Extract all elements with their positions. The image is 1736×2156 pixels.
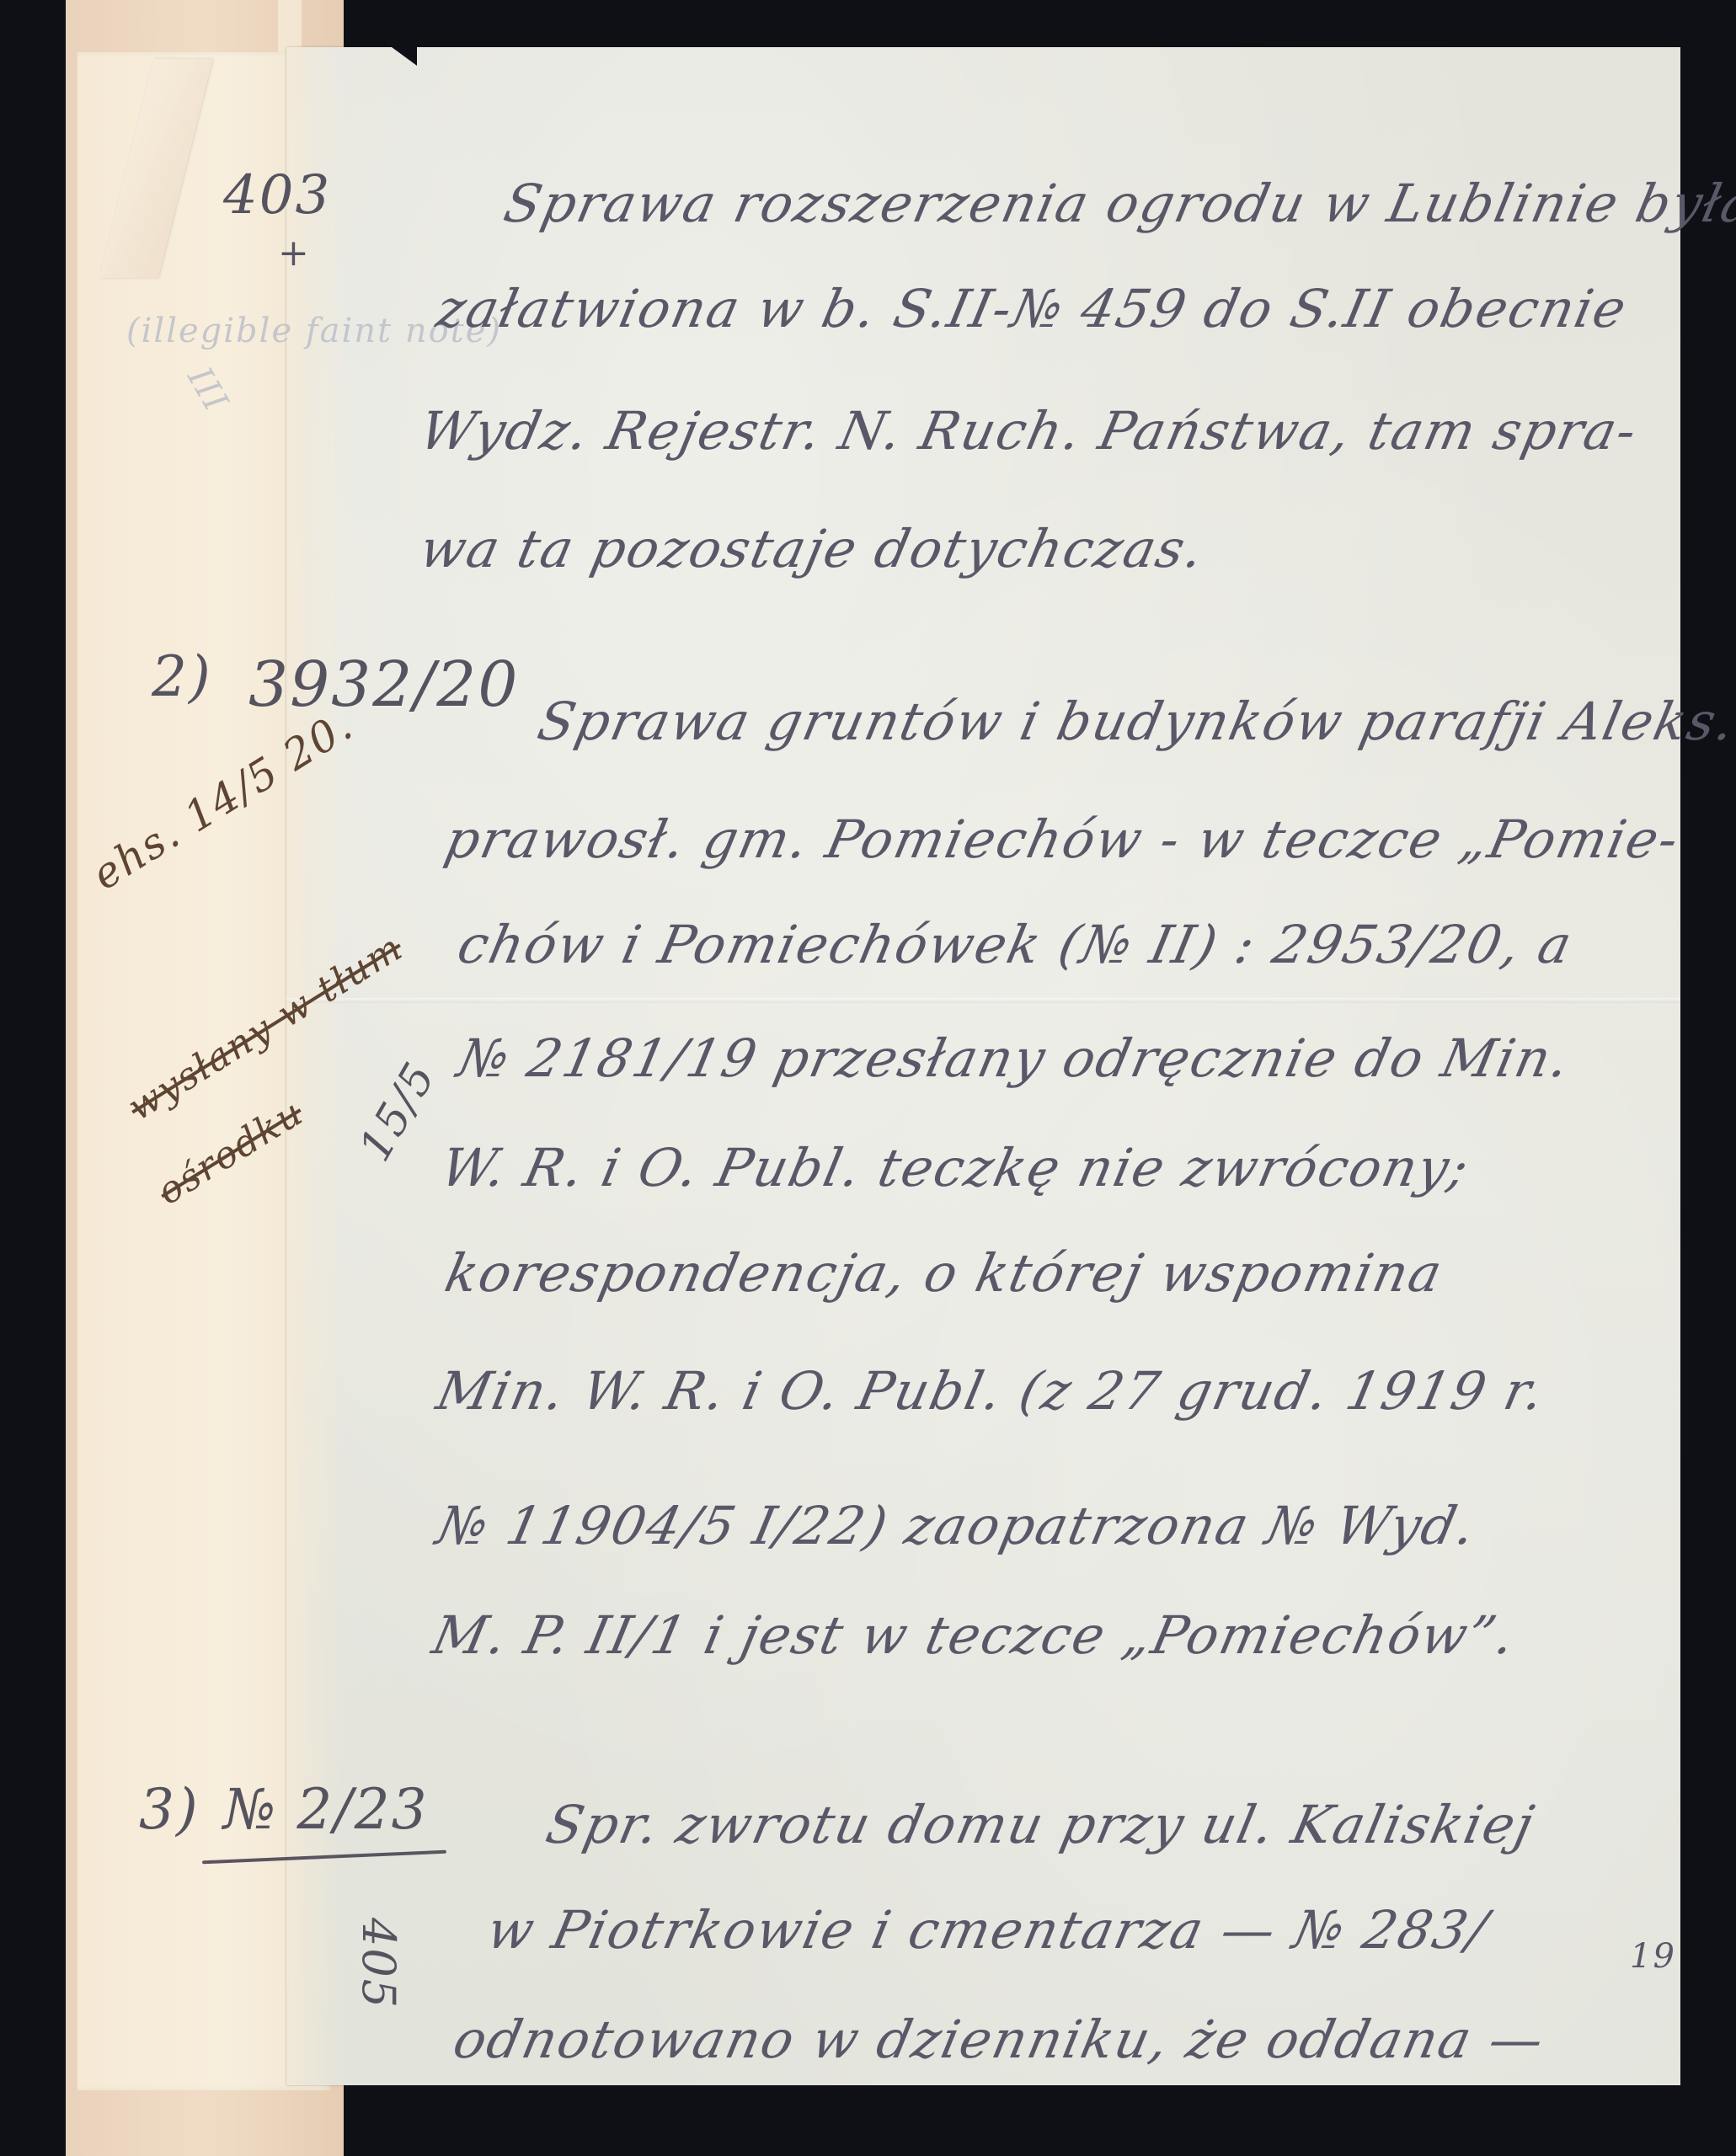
text-line: № 2181/19 przesłany odręcznie do Min.: [452, 1027, 1576, 1089]
item-3-ref: № 2/23: [223, 1777, 429, 1842]
text-line: № 11904/5 I/22) zaopatrzona № Wyd.: [431, 1495, 1482, 1556]
text-line: korespondencja, o której wspomina: [440, 1242, 1449, 1304]
folio-mark: +: [278, 232, 311, 275]
item-2-ref: 3932/20: [248, 648, 519, 721]
text-line: Spr. zwrotu domu przy ul. Kaliskiej: [541, 1794, 1541, 1855]
text-line: wa ta pozostaje dotychczas.: [414, 518, 1210, 579]
folio-number: 403: [223, 164, 331, 227]
text-line: chów i Pomiechówek (№ II) : 2953/20, a: [452, 914, 1578, 975]
item-3-label: 3): [139, 1777, 200, 1842]
text-line: Min. W. R. i O. Publ. (z 27 grud. 1919 r…: [431, 1360, 1551, 1422]
bracket-number: 405: [352, 1918, 405, 2009]
text-line: Sprawa gruntów i budynków parafji Aleks.: [532, 691, 1736, 752]
text-line: prawosł. gm. Pomiechów - w teczce „Pomie…: [440, 808, 1685, 870]
text-line: załatwiona w b. S.II-№ 459 do S.II obecn…: [431, 278, 1632, 339]
text-line: Wydz. Rejestr. N. Ruch. Państwa, tam spr…: [414, 400, 1643, 462]
text-line: w Piotrkowie i cmentarza — № 283/: [482, 1899, 1494, 1961]
text-line: odnotowano w dzienniku, że oddana —: [448, 2009, 1551, 2070]
text-line: M. P. II/1 i jest w teczce „Pomiechów”.: [427, 1604, 1521, 1666]
item-2-label: 2): [152, 644, 212, 709]
text-line: W. R. i O. Publ. teczkę nie zwrócony;: [435, 1137, 1475, 1198]
line-suffix-19: 19: [1630, 1937, 1676, 1976]
fold-crease: [286, 998, 1680, 1003]
text-line: Sprawa rozszerzenia ogrodu w Lublinie by…: [499, 173, 1736, 234]
